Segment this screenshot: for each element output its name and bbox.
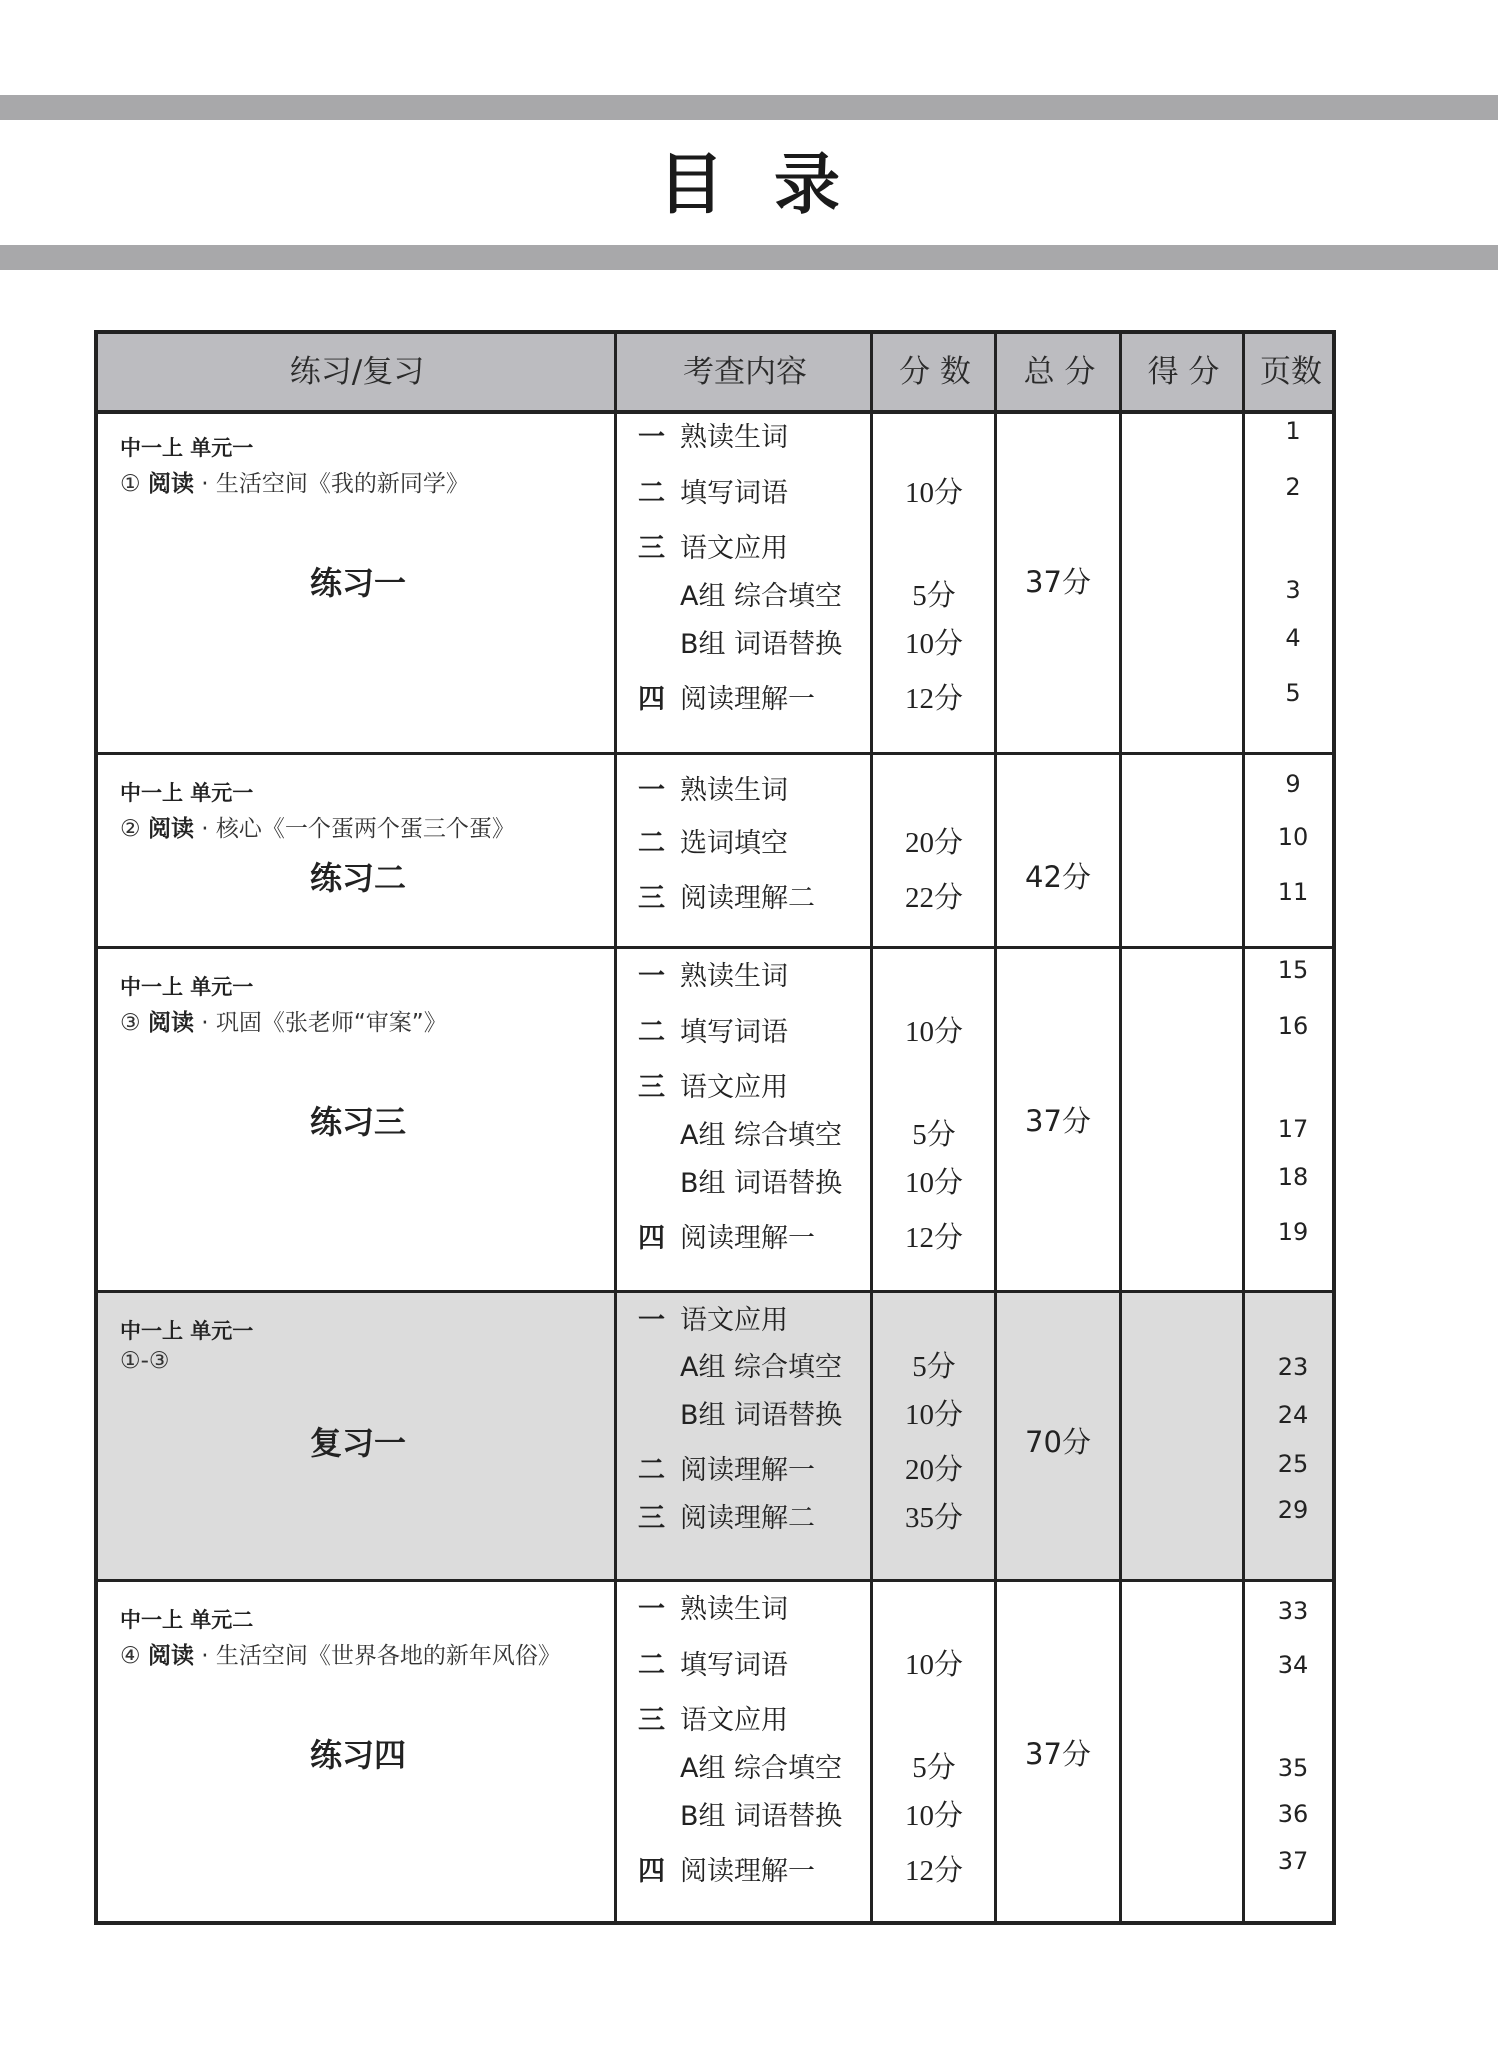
item-number: 四: [638, 1216, 680, 1255]
content-subitem: B组 词语替换: [680, 1393, 842, 1432]
content-item: 三阅读理解二: [638, 876, 815, 915]
lesson-name: · 生活空间《世界各地的新年风俗》: [194, 1643, 561, 1669]
lesson-title: ③ 阅读 · 巩固《张老师“审案”》: [120, 1004, 447, 1037]
total-score: 37分: [996, 560, 1120, 601]
content-subitem: B组 词语替换: [680, 622, 842, 661]
item-number: 二: [638, 1643, 680, 1682]
obtained-score-field[interactable]: [1121, 1582, 1242, 1921]
lesson-number: ①-③: [120, 1348, 170, 1374]
item-score: 5分: [872, 1112, 996, 1153]
table-row: 中一上 单元一② 阅读 · 核心《一个蛋两个蛋三个蛋》练习二一熟读生词9二选词填…: [98, 755, 1332, 949]
contents-table: 练习/复习 考查内容 分 数 总 分 得 分 页数 中一上 单元一① 阅读 · …: [94, 330, 1336, 1925]
lesson-title: ① 阅读 · 生活空间《我的新同学》: [120, 465, 469, 498]
unit-label: 中一上 单元二: [120, 1604, 253, 1634]
page-number[interactable]: 35: [1246, 1754, 1340, 1782]
page-number[interactable]: 25: [1246, 1450, 1340, 1478]
page-number[interactable]: 10: [1246, 823, 1340, 851]
column-divider: [614, 334, 617, 1921]
page-number[interactable]: 17: [1246, 1115, 1340, 1143]
item-text: 阅读理解一: [680, 684, 815, 715]
content-item: 四阅读理解一: [638, 677, 815, 716]
item-text: 熟读生词: [680, 961, 788, 992]
obtained-score-field[interactable]: [1121, 755, 1242, 946]
item-score: 10分: [872, 621, 996, 662]
content-item: 二填写词语: [638, 1010, 788, 1049]
content-subitem: A组 综合填空: [680, 1113, 842, 1152]
item-text: 选词填空: [680, 828, 788, 859]
lesson-number: ①: [120, 471, 148, 497]
item-score: 5分: [872, 1745, 996, 1786]
column-divider: [870, 334, 873, 1921]
item-score: 12分: [872, 1215, 996, 1256]
content-item: 一熟读生词: [638, 415, 788, 454]
page-number[interactable]: 37: [1246, 1847, 1340, 1875]
obtained-score-field[interactable]: [1121, 1293, 1242, 1579]
total-score: 37分: [996, 1099, 1120, 1140]
unit-label: 中一上 单元一: [120, 432, 253, 462]
item-score: 22分: [872, 875, 996, 916]
item-number: 一: [638, 1587, 680, 1626]
item-text: 语文应用: [680, 1305, 788, 1336]
content-item: 三语文应用: [638, 526, 788, 565]
content-subitem: A组 综合填空: [680, 1746, 842, 1785]
item-score: 10分: [872, 1642, 996, 1683]
item-text: 熟读生词: [680, 1594, 788, 1625]
item-score: 10分: [872, 1160, 996, 1201]
item-score: 20分: [872, 820, 996, 861]
page-number[interactable]: 34: [1246, 1651, 1340, 1679]
header-content: 考查内容: [618, 334, 872, 410]
item-text: 阅读理解二: [680, 883, 815, 914]
item-score: 12分: [872, 1848, 996, 1889]
item-text: 填写词语: [680, 1650, 788, 1681]
content-subitem: B组 词语替换: [680, 1794, 842, 1833]
column-divider: [1242, 334, 1245, 1921]
lesson-kind: 阅读: [148, 1010, 194, 1036]
total-score: 70分: [996, 1420, 1120, 1461]
content-item: 三阅读理解二: [638, 1496, 815, 1535]
page-number[interactable]: 33: [1246, 1597, 1340, 1625]
item-score: 35分: [872, 1495, 996, 1536]
total-score: 37分: [996, 1732, 1120, 1773]
lesson-kind: 阅读: [148, 471, 194, 497]
item-text: 语文应用: [680, 533, 788, 564]
page-number[interactable]: 11: [1246, 878, 1340, 906]
column-divider: [994, 334, 997, 1921]
item-score: 5分: [872, 1344, 996, 1385]
item-text: 熟读生词: [680, 422, 788, 453]
item-text: 语文应用: [680, 1705, 788, 1736]
page-number[interactable]: 19: [1246, 1218, 1340, 1246]
content-item: 四阅读理解一: [638, 1216, 815, 1255]
page-title: 目录: [0, 145, 1498, 225]
exercise-label[interactable]: 练习一: [98, 558, 618, 604]
item-score: 12分: [872, 676, 996, 717]
table-header: 练习/复习 考查内容 分 数 总 分 得 分 页数: [98, 334, 1332, 414]
content-item: 二阅读理解一: [638, 1448, 815, 1487]
page-number[interactable]: 4: [1246, 624, 1340, 652]
lesson-number: ②: [120, 816, 148, 842]
header-practice-review: 练习/复习: [98, 334, 616, 410]
content-subitem: A组 综合填空: [680, 574, 842, 613]
item-number: 三: [638, 1698, 680, 1737]
item-number: 二: [638, 821, 680, 860]
item-text: 语文应用: [680, 1072, 788, 1103]
page-number[interactable]: 24: [1246, 1401, 1340, 1429]
item-number: 三: [638, 1065, 680, 1104]
item-text: 阅读理解一: [680, 1455, 815, 1486]
content-item: 四阅读理解一: [638, 1849, 815, 1888]
obtained-score-field[interactable]: [1121, 949, 1242, 1290]
title-underline-band: [0, 245, 1498, 270]
content-item: 二填写词语: [638, 1643, 788, 1682]
table-row: 中一上 单元一①-③复习一一语文应用A组 综合填空5分23B组 词语替换10分2…: [98, 1293, 1332, 1582]
total-score: 42分: [996, 855, 1120, 896]
unit-label: 中一上 单元一: [120, 777, 253, 807]
content-item: 二填写词语: [638, 471, 788, 510]
page-number[interactable]: 3: [1246, 576, 1340, 604]
obtained-score-field[interactable]: [1121, 410, 1242, 752]
unit-label: 中一上 单元一: [120, 971, 253, 1001]
item-number: 二: [638, 1010, 680, 1049]
header-obtained: 得 分: [1123, 334, 1244, 410]
exercise-label[interactable]: 复习一: [98, 1418, 618, 1464]
item-score: 10分: [872, 1793, 996, 1834]
lesson-kind: 阅读: [148, 1643, 194, 1669]
exercise-label[interactable]: 练习四: [98, 1730, 618, 1776]
content-subitem: B组 词语替换: [680, 1161, 842, 1200]
page-number[interactable]: 9: [1246, 770, 1340, 798]
item-score: 10分: [872, 1009, 996, 1050]
content-item: 一熟读生词: [638, 954, 788, 993]
unit-label: 中一上 单元一: [120, 1315, 253, 1345]
table-row: 中一上 单元一① 阅读 · 生活空间《我的新同学》练习一一熟读生词1二填写词语1…: [98, 410, 1332, 755]
table-row: 中一上 单元二④ 阅读 · 生活空间《世界各地的新年风俗》练习四一熟读生词33二…: [98, 1582, 1332, 1921]
item-number: 一: [638, 954, 680, 993]
page-number[interactable]: 18: [1246, 1163, 1340, 1191]
header-total: 总 分: [998, 334, 1121, 410]
lesson-number: ③: [120, 1010, 148, 1036]
page-number[interactable]: 29: [1246, 1496, 1340, 1524]
lesson-number: ④: [120, 1643, 148, 1669]
top-band: [0, 95, 1498, 120]
page-number[interactable]: 15: [1246, 956, 1340, 984]
content-item: 三语文应用: [638, 1065, 788, 1104]
item-number: 一: [638, 1298, 680, 1337]
lesson-title: ② 阅读 · 核心《一个蛋两个蛋三个蛋》: [120, 810, 515, 843]
exercise-label[interactable]: 练习三: [98, 1097, 618, 1143]
item-text: 填写词语: [680, 478, 788, 509]
item-text: 阅读理解一: [680, 1223, 815, 1254]
lesson-title: ④ 阅读 · 生活空间《世界各地的新年风俗》: [120, 1637, 561, 1670]
content-item: 一熟读生词: [638, 1587, 788, 1626]
item-score: 5分: [872, 573, 996, 614]
page-number[interactable]: 1: [1246, 417, 1340, 445]
item-number: 三: [638, 876, 680, 915]
page-number[interactable]: 23: [1246, 1353, 1340, 1381]
item-text: 阅读理解二: [680, 1503, 815, 1534]
content-item: 二选词填空: [638, 821, 788, 860]
item-text: 熟读生词: [680, 775, 788, 806]
content-subitem: A组 综合填空: [680, 1345, 842, 1384]
item-score: 10分: [872, 470, 996, 511]
item-text: 阅读理解一: [680, 1856, 815, 1887]
lesson-name: · 生活空间《我的新同学》: [194, 471, 469, 497]
header-pages: 页数: [1246, 334, 1336, 410]
item-number: 三: [638, 526, 680, 565]
item-number: 四: [638, 677, 680, 716]
item-number: 二: [638, 1448, 680, 1487]
item-text: 填写词语: [680, 1017, 788, 1048]
item-score: 20分: [872, 1447, 996, 1488]
page-number[interactable]: 16: [1246, 1012, 1340, 1040]
content-item: 三语文应用: [638, 1698, 788, 1737]
item-number: 二: [638, 471, 680, 510]
column-divider: [1119, 334, 1122, 1921]
page-number[interactable]: 5: [1246, 679, 1340, 707]
item-score: 10分: [872, 1392, 996, 1433]
table-row: 中一上 单元一③ 阅读 · 巩固《张老师“审案”》练习三一熟读生词15二填写词语…: [98, 949, 1332, 1293]
item-number: 三: [638, 1496, 680, 1535]
lesson-kind: 阅读: [148, 816, 194, 842]
page-number[interactable]: 2: [1246, 473, 1340, 501]
lesson-name: · 巩固《张老师“审案”》: [194, 1010, 447, 1036]
item-number: 一: [638, 415, 680, 454]
item-number: 四: [638, 1849, 680, 1888]
content-item: 一熟读生词: [638, 768, 788, 807]
lesson-name: · 核心《一个蛋两个蛋三个蛋》: [194, 816, 515, 842]
lesson-title: ①-③: [120, 1348, 170, 1374]
content-item: 一语文应用: [638, 1298, 788, 1337]
exercise-label[interactable]: 练习二: [98, 853, 618, 899]
header-score: 分 数: [874, 334, 996, 410]
page-number[interactable]: 36: [1246, 1800, 1340, 1828]
item-number: 一: [638, 768, 680, 807]
